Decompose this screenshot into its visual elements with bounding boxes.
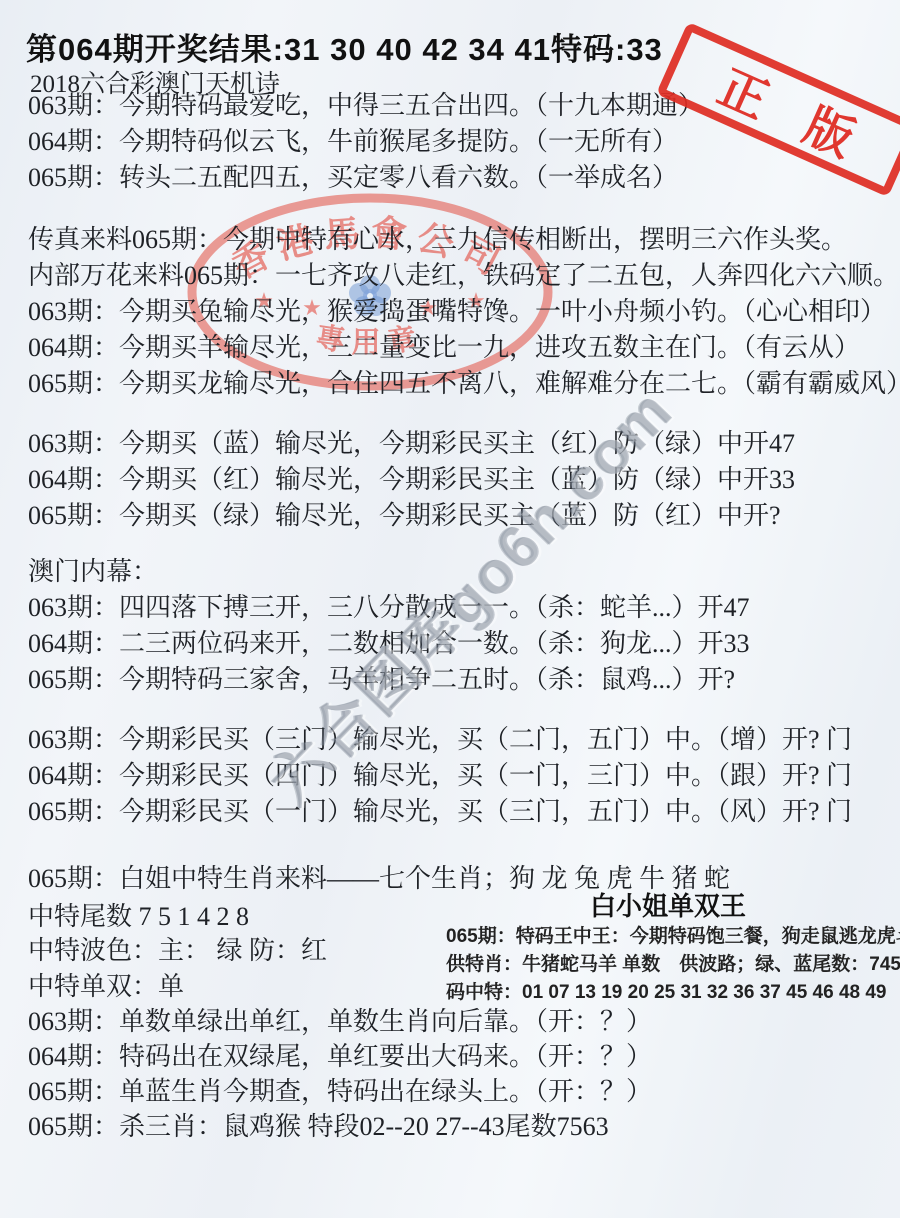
queen-heading: 白小姐单双王 xyxy=(446,886,890,923)
door-line: 064期：今期彩民买（四门）输尽光，买（一门，三门）中。（跟）开? 门 xyxy=(28,758,852,794)
authentic-stamp-label: 正版 xyxy=(709,49,900,189)
fax-group: 传真来料065期：今期中特有心水，三九信传相断出，摆明三六作头奖。 内部万花来料… xyxy=(28,222,900,402)
result-line: 063期：单数单绿出单红，单数生肖向后靠。（开：？） xyxy=(28,1004,652,1039)
color-tip-line: 063期：今期买（蓝）输尽光，今期彩民买主（红）防（绿）中开47 xyxy=(28,426,795,462)
color-tip-line: 064期：今期买（红）输尽光，今期彩民买主（蓝）防（绿）中开33 xyxy=(28,462,795,498)
macau-line: 063期：四四落下搏三开，三八分散成一一。（杀：蛇羊...）开47 xyxy=(28,590,750,626)
queen-block: 白小姐单双王 065期：特码王中王：今期特码饱三餐，狗走鼠逃龙虎斗 供特肖：牛猪… xyxy=(446,886,890,1007)
queen-line: 065期：特码王中王：今期特码饱三餐，狗走鼠逃龙虎斗 xyxy=(446,923,890,951)
poem-line: 064期：今期特码似云飞，牛前猴尾多提防。（一无所有） xyxy=(28,124,704,160)
baijie-wave-color: 中特波色：主： 绿 防：红 xyxy=(28,930,327,967)
fax-line: 063期：今期买兔输尽光，猴爱捣蛋嘴特馋。一叶小舟频小钓。（心心相印） xyxy=(28,294,900,330)
baijie-tail-digits: 中特尾数 7 5 1 4 2 8 xyxy=(28,896,249,933)
result-line: 065期：单蓝生肖今期查，特码出在绿头上。（开：？） xyxy=(28,1074,652,1109)
poem-line: 065期：转头二五配四五，买定零八看六数。（一举成名） xyxy=(28,160,704,196)
macau-line: 064期：二三两位码来开，二数相加合一数。（杀：狗龙...）开33 xyxy=(28,626,750,662)
door-line: 063期：今期彩民买（三门）输尽光，买（二门，五门）中。（增）开? 门 xyxy=(28,722,852,758)
lottery-sheet: { "header": { "title": "第064期开奖结果:31 30 … xyxy=(0,0,900,1218)
result-line: 064期：特码出在双绿尾，单红要出大码来。（开：？） xyxy=(28,1039,652,1074)
color-tip-line: 065期：今期买（绿）输尽光，今期彩民买主（蓝）防（红）中开? xyxy=(28,498,795,534)
macau-heading: 澳门内幕： xyxy=(28,554,750,590)
fax-line: 内部万花来料065期：一七齐攻八走红，铁码定了二五包，人奔四化六六顺。 xyxy=(28,258,900,294)
baijie-odd-even: 中特单双：单 xyxy=(28,966,184,1003)
fax-line: 传真来料065期：今期中特有心水，三九信传相断出，摆明三六作头奖。 xyxy=(28,222,900,258)
poem-group: 063期：今期特码最爱吃，中得三五合出四。（十九本期通） 064期：今期特码似云… xyxy=(28,88,704,196)
macau-group: 澳门内幕： 063期：四四落下搏三开，三八分散成一一。（杀：蛇羊...）开47 … xyxy=(28,554,750,698)
doors-group: 063期：今期彩民买（三门）输尽光，买（二门，五门）中。（增）开? 门 064期… xyxy=(28,722,852,830)
color-tips-group: 063期：今期买（蓝）输尽光，今期彩民买主（红）防（绿）中开47 064期：今期… xyxy=(28,426,795,534)
queen-line: 码中特：01 07 13 19 20 25 31 32 36 37 45 46 … xyxy=(446,979,890,1007)
poem-line: 063期：今期特码最爱吃，中得三五合出四。（十九本期通） xyxy=(28,88,704,124)
results-group: 063期：单数单绿出单红，单数生肖向后靠。（开：？） 064期：特码出在双绿尾，… xyxy=(28,1004,652,1144)
door-line: 065期：今期彩民买（一门）输尽光，买（三门，五门）中。（风）开? 门 xyxy=(28,794,852,830)
macau-line: 065期：今期特码三家舍，马羊相争二五时。（杀：鼠鸡...）开? xyxy=(28,662,750,698)
queen-line: 供特肖：牛猪蛇马羊 单数 供波路；绿、蓝尾数：7456 xyxy=(446,951,890,979)
fax-line: 065期：今期买龙输尽光，合住四五不离八，难解难分在二七。（霸有霸威风） xyxy=(28,366,900,402)
page-title: 第064期开奖结果:31 30 40 42 34 41特码:33 xyxy=(26,24,663,69)
result-line: 065期：杀三肖：鼠鸡猴 特段02--20 27--43尾数7563 xyxy=(28,1109,652,1144)
fax-line: 064期：今期买羊输尽光，三二量变比一九，进攻五数主在门。（有云从） xyxy=(28,330,900,366)
